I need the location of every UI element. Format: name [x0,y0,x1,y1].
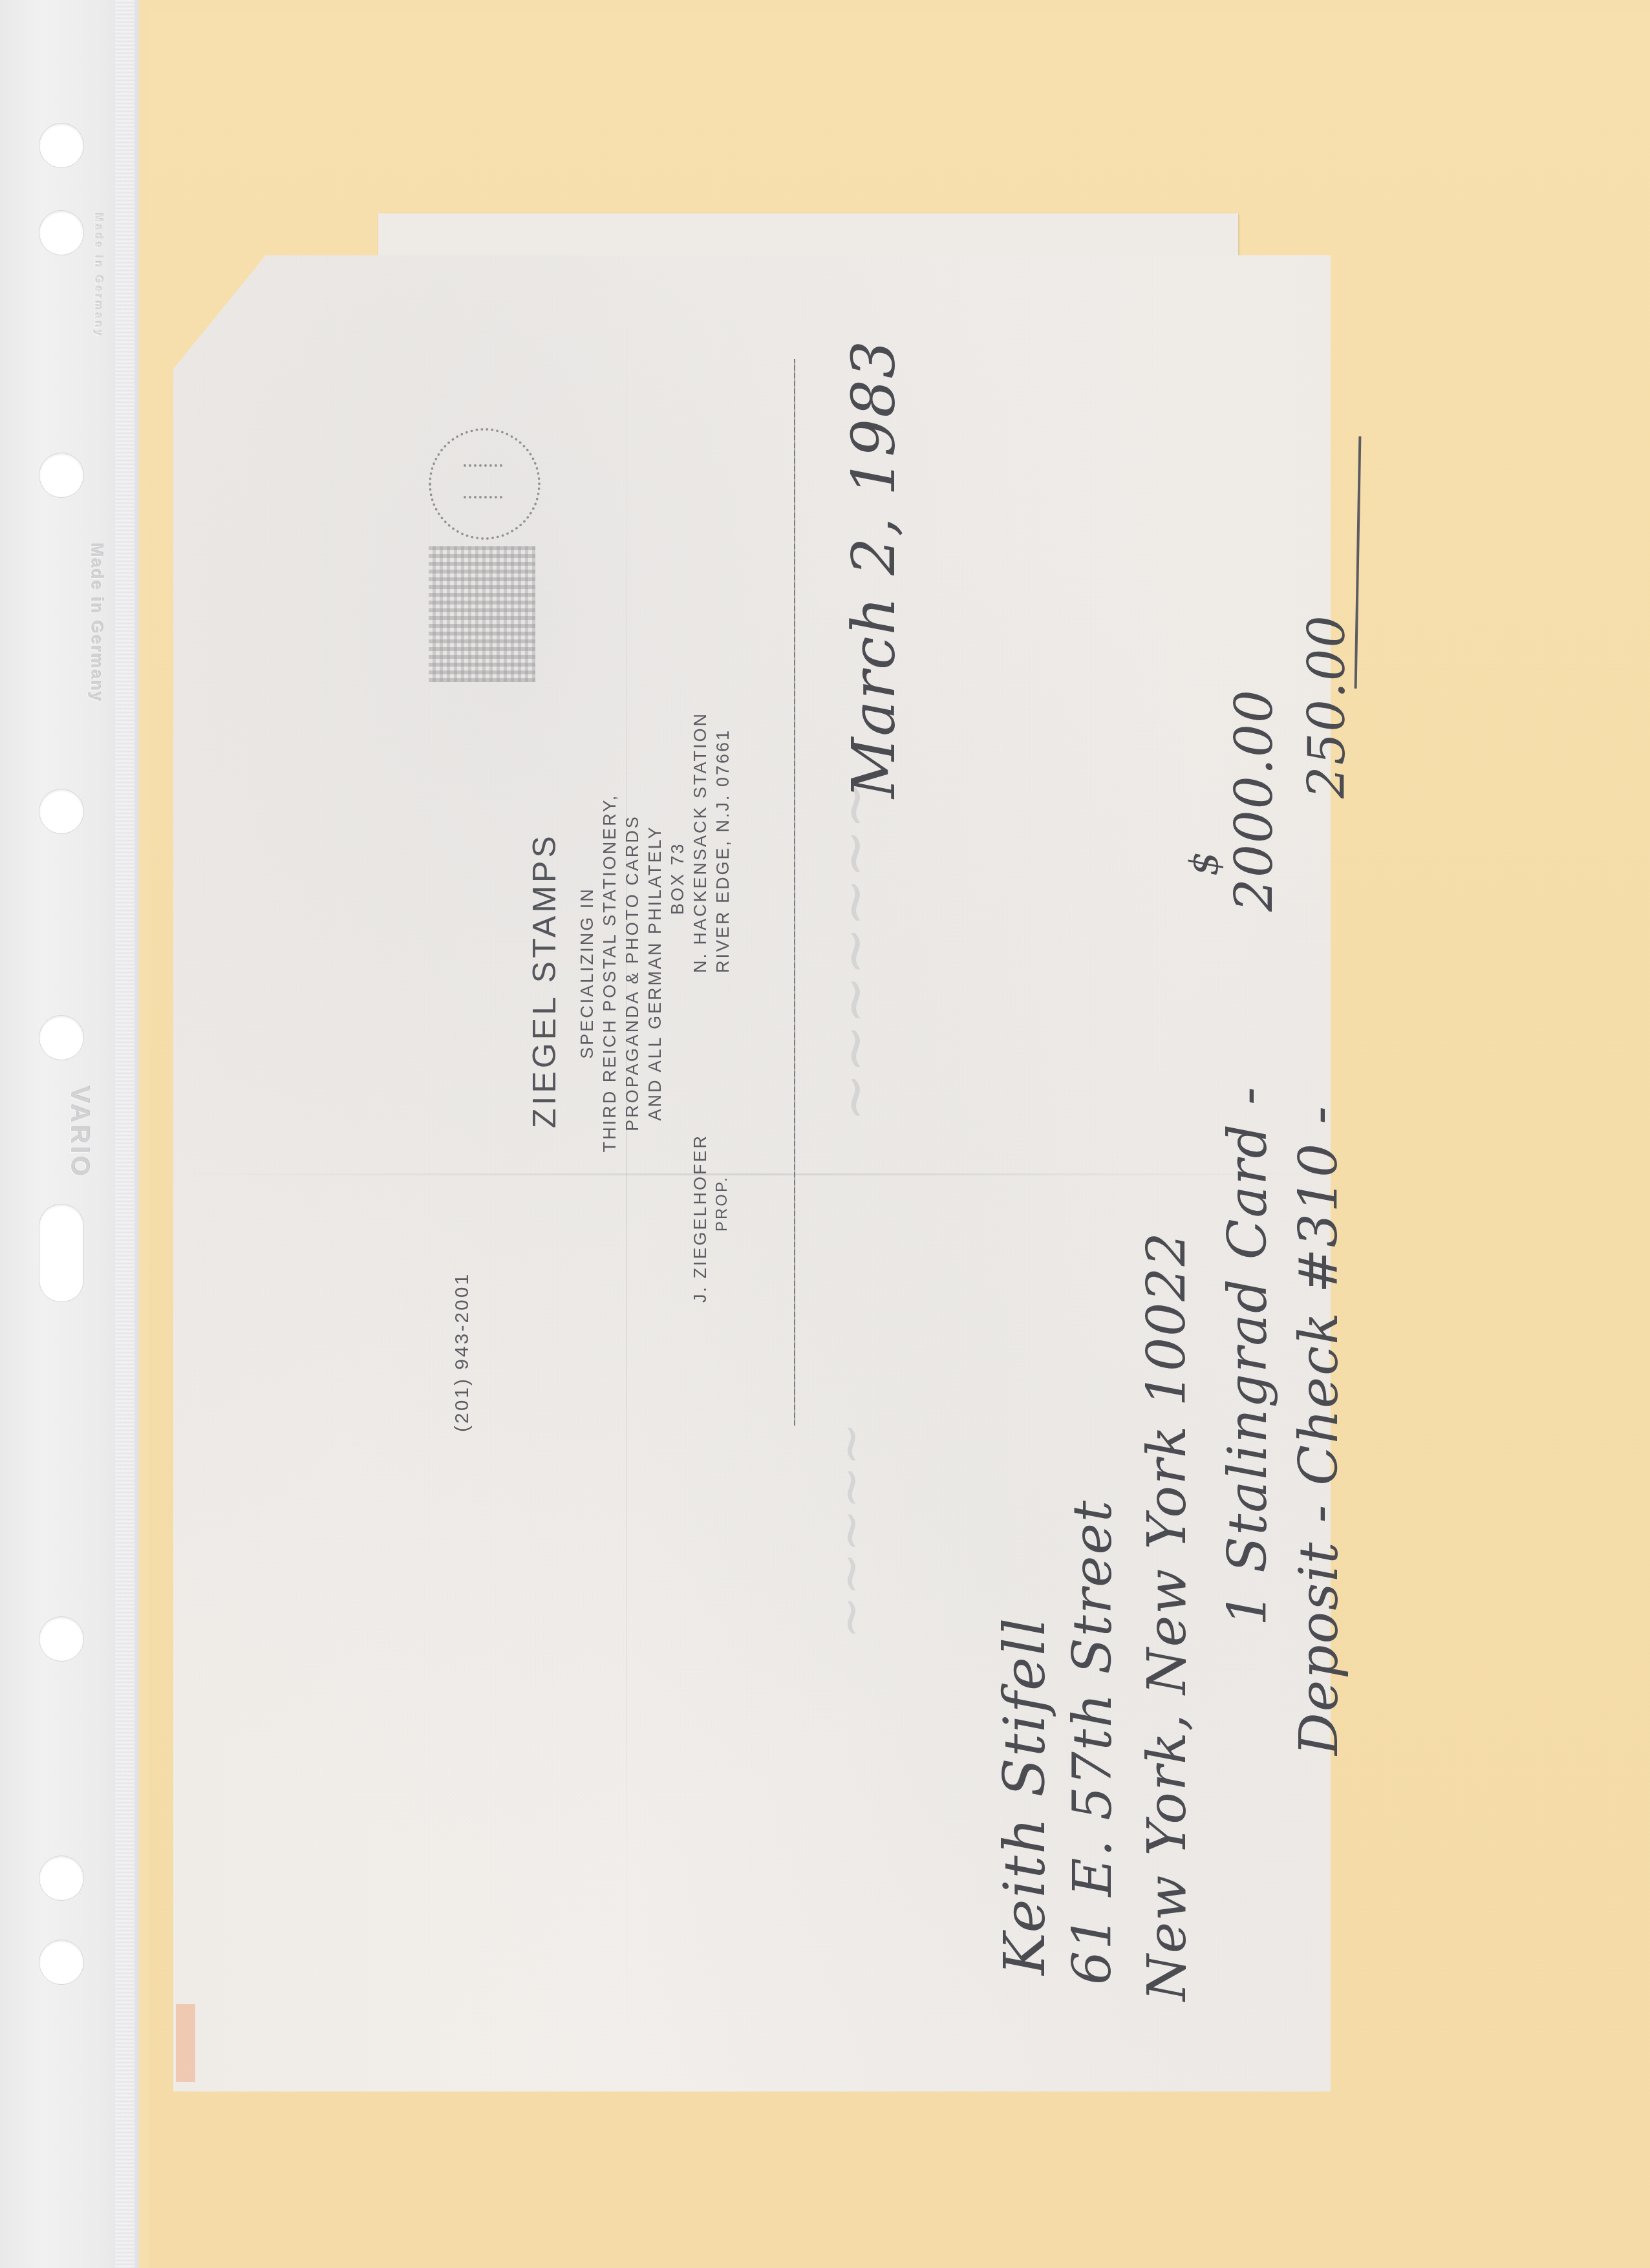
letterhead-business-name: ZIEGEL STAMPS [526,833,563,1128]
letterhead-tagline: SPECIALIZING IN [577,747,597,1199]
letterhead-tagline: PROPAGANDA & PHOTO CARDS [623,747,643,1199]
recipient-street: 61 E. 57th Street [1062,1499,1124,1985]
line-item-amount: 250.00 [1298,614,1356,798]
binder-hole [39,1856,84,1901]
line-item-amount: 2000.00 [1224,689,1284,912]
line-item-description: Deposit - Check #310 - [1289,1105,1350,1755]
letterhead-phone: (201) 943-2001 [451,1272,473,1432]
letter-content: ~~~~~~~ ~~~~~ (201) 943-2001 ZIEGEL STAM… [173,255,1331,2091]
postmark-center [464,464,502,498]
recipient-city: New York, New York 10022 [1137,1231,1198,2001]
binder-hole [39,453,84,498]
bleed-through-text: ~~~~~ [820,1422,880,1639]
sleeve-brand-emboss: VARIO [65,1086,94,1179]
binder-hole [39,123,84,168]
recipient-name: Keith Stifell [991,1617,1058,1975]
handwritten-date: March 2, 1983 [839,339,908,798]
binder-hole [39,1015,84,1060]
binder-hole [39,1940,84,1985]
letterhead-city: RIVER EDGE, N.J. 07661 [713,729,733,973]
sleeve-small-emboss: Made in Germany [92,213,103,338]
letterhead-box: BOX 73 [668,842,688,915]
letterhead-tagline: THIRD REICH POSTAL STATIONERY, [600,747,620,1199]
binder-hole [39,210,84,255]
binder-hole [39,1616,84,1662]
sleeve-ridge [115,0,134,2268]
binder-hole [39,789,84,834]
bleed-through-text: ~~~~~~~ [820,780,888,1122]
postmark-icon [429,428,541,540]
letterhead-proprietor: J. ZIEGELHOFER [691,1134,711,1303]
stamp-impression [429,546,535,682]
letterhead-station: N. HACKENSACK STATION [691,712,711,973]
binder-sleeve-strip: VARIO Made in Germany Made in Germany [0,0,140,2268]
letterhead-tagline: AND ALL GERMAN PHILATELY [645,747,665,1199]
letterhead-proprietor-title: PROP. [713,1175,731,1232]
line-item-description: 1 Stalingrad Card - [1217,1086,1279,1626]
binder-slot [39,1204,84,1302]
currency-mark: $ [1182,850,1227,876]
letterhead-rule [794,359,795,1426]
sleeve-origin-emboss: Made in Germany [87,543,107,703]
